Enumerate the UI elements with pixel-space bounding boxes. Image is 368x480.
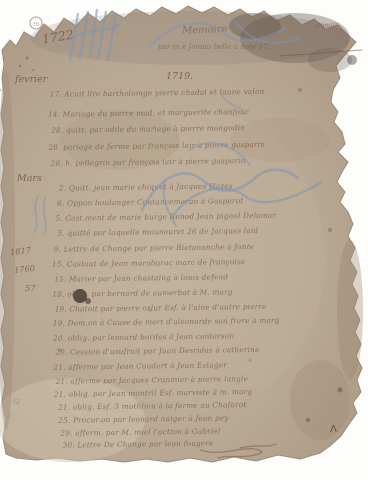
header-byline: par m.e Joinau belle a note 17.. bbox=[158, 42, 272, 51]
margin-pencil-52: 52 bbox=[12, 398, 20, 406]
manuscript-page-image: m 1722 Memoire par m.e Joinau belle a no… bbox=[0, 0, 368, 480]
margin-pencil-2: 2 bbox=[6, 411, 11, 419]
margin-year-57: 57 bbox=[25, 283, 36, 293]
caret-mark: Λ bbox=[330, 424, 337, 435]
scanned-page-container: m 1722 Memoire par m.e Joinau belle a no… bbox=[0, 0, 368, 480]
month-heading-march: Mars bbox=[16, 173, 42, 184]
year-heading: 1719. bbox=[166, 71, 193, 82]
circled-mark: m bbox=[33, 20, 39, 28]
month-heading-february: fevrier bbox=[14, 74, 49, 85]
